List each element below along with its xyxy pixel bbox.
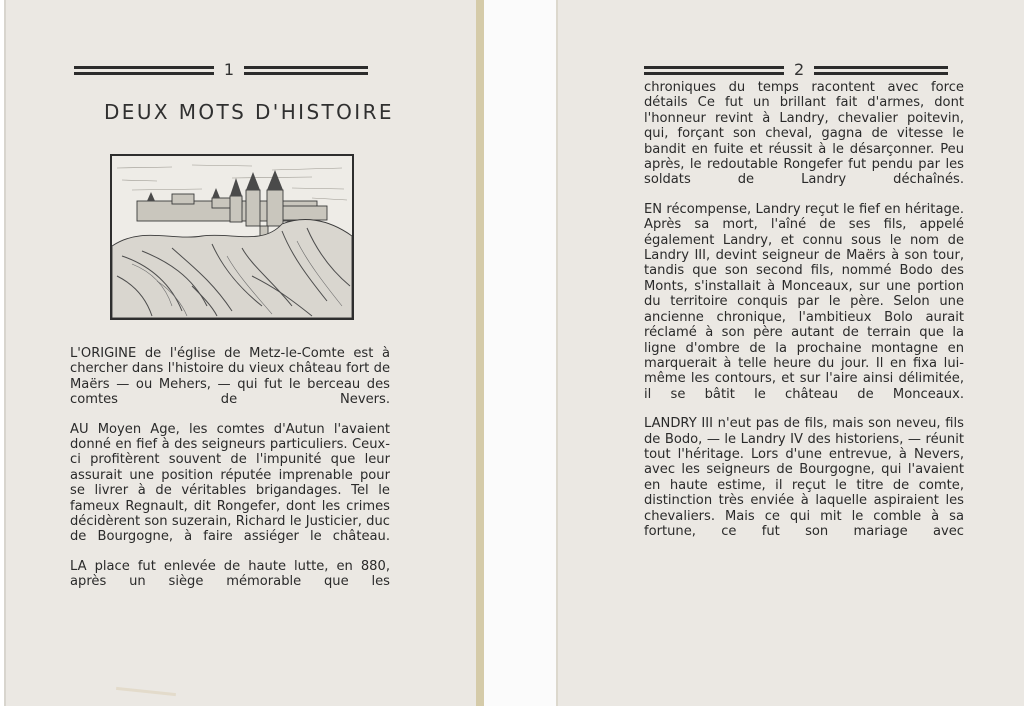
left-page: 1 DEUX MOTS D'HISTOIRE: [4, 0, 482, 706]
right-page: 2 chroniques du temps racontent avec for…: [556, 0, 1024, 706]
paragraph-text: chroniques du temps racontent avec force…: [644, 80, 964, 187]
paragraph-chroniques: chroniques du temps racontent avec force…: [644, 80, 964, 188]
castle-icon: [112, 156, 352, 318]
page-edge: [476, 0, 484, 706]
right-page-body: chroniques du temps racontent avec force…: [644, 80, 964, 553]
scan-gutter: [484, 0, 556, 706]
paragraph-lead: LANDRY: [644, 416, 697, 431]
paragraph-text: Moyen Age, les comtes d'Autun l'avaient …: [70, 422, 390, 545]
double-rule-left: [74, 66, 214, 75]
paragraph-lead: EN: [644, 202, 662, 217]
paragraph-recompense: EN récompense, Landry reçut le fief en h…: [644, 202, 964, 402]
paper-stain: [116, 687, 176, 696]
castle-engraving-illustration: [110, 154, 354, 320]
paragraph-la-place: LA place fut enlevée de haute lutte, en …: [70, 559, 390, 590]
paragraph-lead: L'ORIGINE: [70, 346, 136, 361]
paragraph-landry-iii: LANDRY III n'eut pas de fils, mais son n…: [644, 416, 964, 539]
paragraph-origine: L'ORIGINE de l'église de Metz-le-Comte e…: [70, 346, 390, 408]
chapter-title: DEUX MOTS D'HISTOIRE: [104, 100, 394, 124]
double-rule-left: [644, 66, 784, 75]
page-header-2: 2: [644, 60, 950, 80]
left-page-body: L'ORIGINE de l'église de Metz-le-Comte e…: [70, 346, 390, 604]
page-number: 2: [784, 60, 814, 80]
page-header-1: 1: [74, 60, 368, 80]
double-rule-right: [244, 66, 368, 75]
paragraph-text: place fut enlevée de haute lutte, en 880…: [70, 559, 390, 589]
double-rule-right: [814, 66, 948, 75]
page-number: 1: [214, 60, 244, 80]
paragraph-text: récompense, Landry reçut le fief en héri…: [644, 202, 964, 402]
paragraph-text: III n'eut pas de fils, mais son neveu, f…: [644, 416, 964, 539]
paragraph-moyen-age: AU Moyen Age, les comtes d'Autun l'avaie…: [70, 422, 390, 545]
paragraph-lead: LA: [70, 559, 87, 574]
paragraph-lead: AU: [70, 422, 89, 437]
